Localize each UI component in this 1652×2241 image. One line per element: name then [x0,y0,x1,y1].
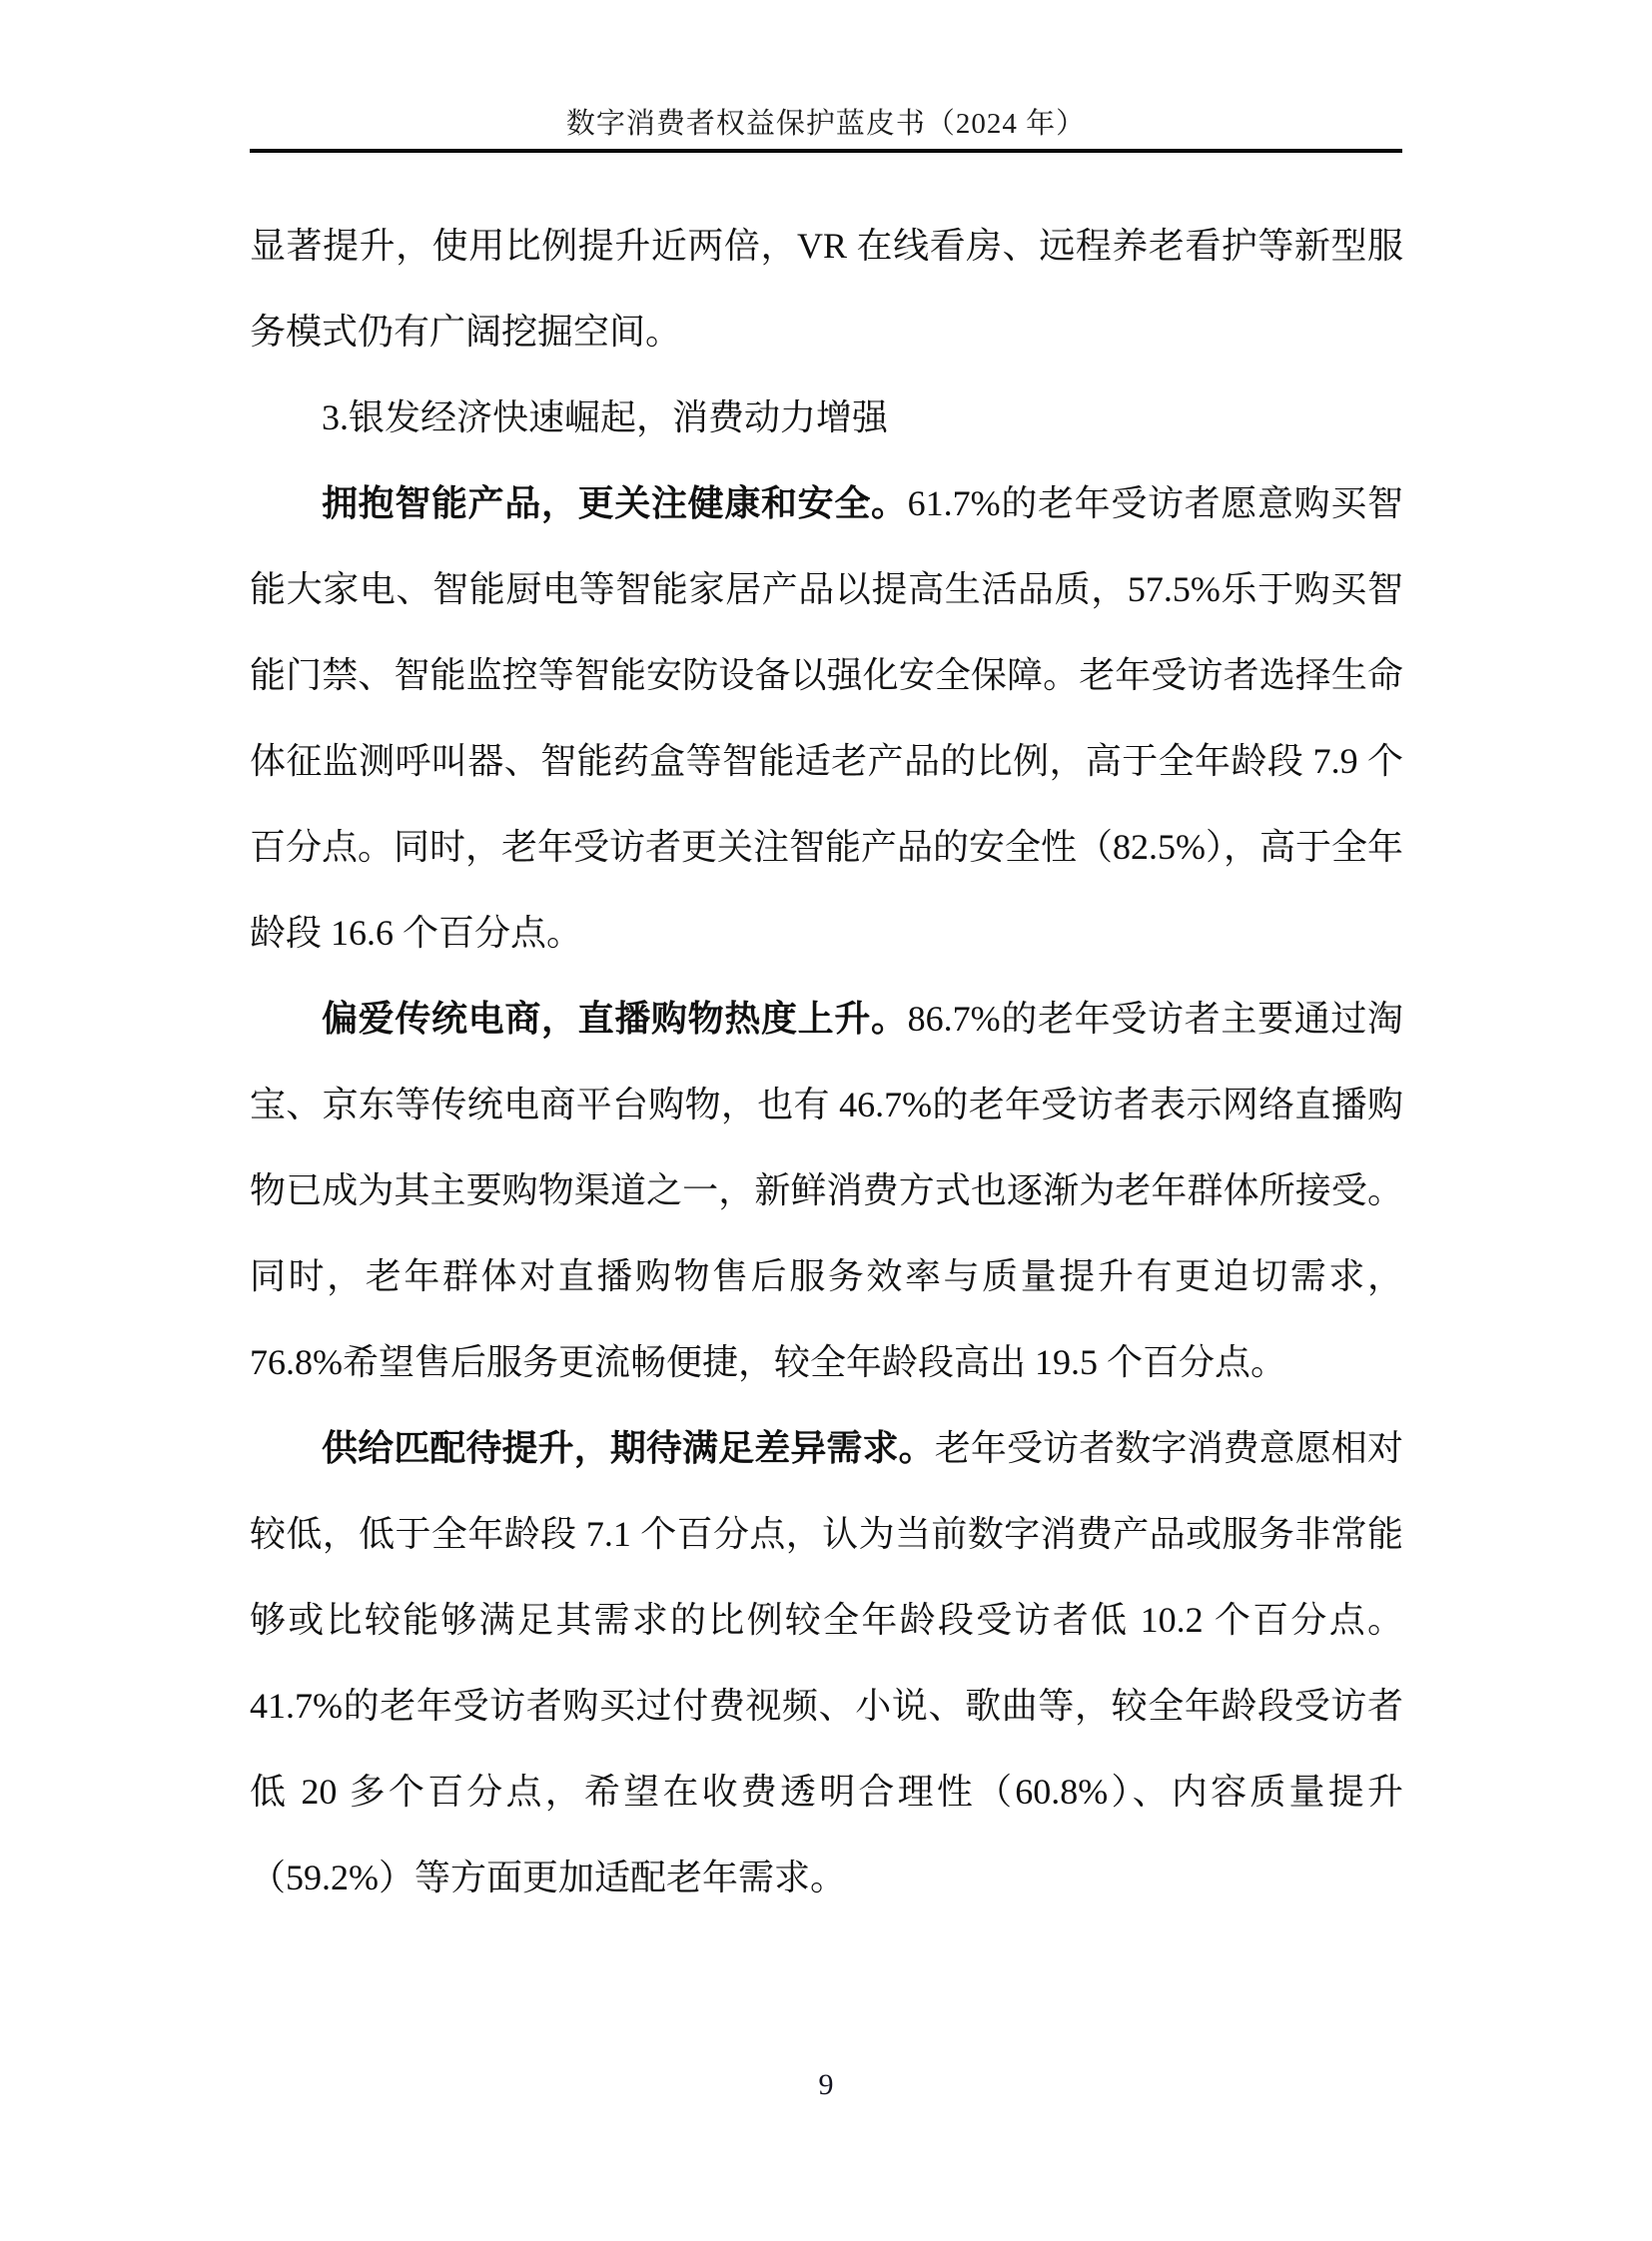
paragraph-lead: 供给匹配待提升，期待满足差异需求。 [322,1427,935,1468]
section-heading: 3.银发经济快速崛起，消费动力增强 [250,374,1403,460]
paragraph-lead: 拥抱智能产品，更关注健康和安全。 [322,482,908,523]
page-body: 显著提升，使用比例提升近两倍，VR 在线看房、远程养老看护等新型服务模式仍有广阔… [250,203,1403,1920]
paragraph-body: 86.7%的老年受访者主要通过淘宝、京东等传统电商平台购物，也有 46.7%的老… [250,999,1403,1382]
continuation-paragraph: 显著提升，使用比例提升近两倍，VR 在线看房、远程养老看护等新型服务模式仍有广阔… [250,203,1403,374]
paragraph-lead: 偏爱传统电商，直播购物热度上升。 [322,998,908,1039]
header-rule [250,149,1402,153]
paragraph-ecommerce: 偏爱传统电商，直播购物热度上升。86.7%的老年受访者主要通过淘宝、京东等传统电… [250,976,1403,1405]
paragraph-smart-products: 拥抱智能产品，更关注健康和安全。61.7%的老年受访者愿意购买智能大家电、智能厨… [250,460,1403,976]
paragraph-body: 61.7%的老年受访者愿意购买智能大家电、智能厨电等智能家居产品以提高生活品质，… [250,483,1403,953]
running-header-title: 数字消费者权益保护蓝皮书（2024 年） [0,104,1652,144]
paragraph-supply-match: 供给匹配待提升，期待满足差异需求。老年受访者数字消费意愿相对较低，低于全年龄段 … [250,1405,1403,1920]
document-page: 数字消费者权益保护蓝皮书（2024 年） 显著提升，使用比例提升近两倍，VR 在… [0,0,1652,2241]
page-number: 9 [0,2065,1652,2105]
paragraph-body: 老年受访者数字消费意愿相对较低，低于全年龄段 7.1 个百分点，认为当前数字消费… [250,1428,1403,1897]
